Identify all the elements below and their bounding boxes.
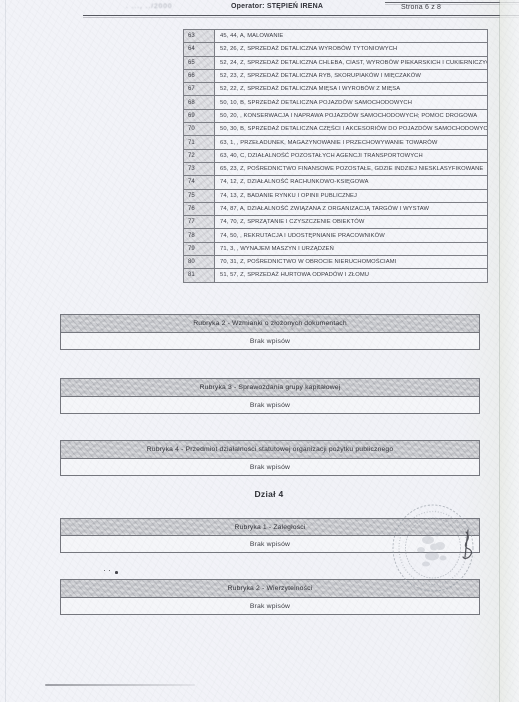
row-number: 75: [184, 189, 215, 202]
round-seal-stamp-icon: [388, 500, 480, 596]
row-number: 79: [184, 242, 215, 255]
scanned-document-page: . ..., ../2000 Operator: STĘPIEŃ IRENA S…: [0, 0, 519, 702]
section-body: Brak wpisów: [61, 598, 479, 614]
row-number: 71: [184, 136, 215, 149]
row-number: 78: [184, 229, 215, 242]
scan-smudge: [45, 684, 195, 686]
row-number: 74: [184, 176, 215, 189]
row-activity: 52, 26, Z, SPRZEDAŻ DETALICZNA WYROBÓW T…: [215, 43, 488, 56]
table-row: 6850, 10, B, SPRZEDAŻ DETALICZNA POJAZDÓ…: [184, 96, 488, 109]
section-body: Brak wpisów: [61, 459, 479, 475]
row-number: 72: [184, 149, 215, 162]
table-row: 6552, 24, Z, SPRZEDAŻ DETALICZNA CHLEBA,…: [184, 56, 488, 69]
row-activity: 71, 3, , WYNAJEM MASZYN I URZĄDZEŃ: [215, 242, 488, 255]
row-activity: 52, 24, Z, SPRZEDAŻ DETALICZNA CHLEBA, C…: [215, 56, 488, 69]
row-number: 73: [184, 162, 215, 175]
row-activity: 65, 23, Z, POŚREDNICTWO FINANSOWE POZOST…: [215, 162, 488, 175]
table-row: 7971, 3, , WYNAJEM MASZYN I URZĄDZEŃ: [184, 242, 488, 255]
header-page-number: Strona 6 z 8: [401, 4, 441, 11]
activity-codes-table: 6345, 44, A, MALOWANIE 6452, 26, Z, SPRZ…: [183, 29, 488, 283]
row-number: 63: [184, 30, 215, 43]
table-row: 6652, 23, Z, SPRZEDAŻ DETALICZNA RYB, SK…: [184, 69, 488, 82]
row-activity: 74, 70, Z, SPRZĄTANIE I CZYSZCZENIE OBIE…: [215, 216, 488, 229]
dzial-4-heading: Dział 4: [60, 489, 478, 499]
row-number: 81: [184, 269, 215, 282]
section-title: Rubryka 3 - Sprawozdania grupy kapitałow…: [61, 379, 479, 397]
row-activity: 74, 50, , REKRUTACJA I UDOSTĘPNIANIE PRA…: [215, 229, 488, 242]
table-row: 7263, 40, C, DZIAŁALNOŚĆ POZOSTAŁYCH AGE…: [184, 149, 488, 162]
table-row: 7774, 70, Z, SPRZĄTANIE I CZYSZCZENIE OB…: [184, 216, 488, 229]
row-activity: 74, 87, A, DZIAŁALNOŚĆ ZWIĄZANA Z ORGANI…: [215, 202, 488, 215]
row-activity: 70, 31, Z, POŚREDNICTWO W OBROCIE NIERUC…: [215, 256, 488, 269]
table-row: 7365, 23, Z, POŚREDNICTWO FINANSOWE POZO…: [184, 162, 488, 175]
table-row: 7874, 50, , REKRUTACJA I UDOSTĘPNIANIE P…: [184, 229, 488, 242]
row-number: 65: [184, 56, 215, 69]
row-number: 76: [184, 202, 215, 215]
section-rubryka-2: Rubryka 2 - Wzmianki o złożonych dokumen…: [60, 314, 480, 350]
table-row: 6452, 26, Z, SPRZEDAŻ DETALICZNA WYROBÓW…: [184, 43, 488, 56]
row-activity: 52, 23, Z, SPRZEDAŻ DETALICZNA RYB, SKOR…: [215, 69, 488, 82]
table-row: 8151, 57, Z, SPRZEDAŻ HURTOWA ODPADÓW I …: [184, 269, 488, 282]
row-activity: 63, 1, , PRZEŁADUNEK, MAGAZYNOWANIE I PR…: [215, 136, 488, 149]
row-activity: 45, 44, A, MALOWANIE: [215, 30, 488, 43]
page-edge-band: [500, 0, 519, 702]
row-number: 67: [184, 83, 215, 96]
row-activity: 51, 57, Z, SPRZEDAŻ HURTOWA ODPADÓW I ZŁ…: [215, 269, 488, 282]
page-fold-line: [5, 0, 6, 702]
row-number: 77: [184, 216, 215, 229]
table-row: 7574, 13, Z, BADANIE RYNKU I OPINII PUBL…: [184, 189, 488, 202]
row-number: 70: [184, 123, 215, 136]
row-number: 69: [184, 109, 215, 122]
header-operator-label: Operator: STĘPIEŃ IRENA: [231, 3, 323, 10]
table-row: 6950, 20, , KONSERWACJA I NAPRAWA POJAZD…: [184, 109, 488, 122]
table-row: 6345, 44, A, MALOWANIE: [184, 30, 488, 43]
row-number: 64: [184, 43, 215, 56]
table-row: 8070, 31, Z, POŚREDNICTWO W OBROCIE NIER…: [184, 256, 488, 269]
table-row: 7050, 30, B, SPRZEDAŻ DETALICZNA CZĘŚCI …: [184, 123, 488, 136]
row-activity: 50, 20, , KONSERWACJA I NAPRAWA POJAZDÓW…: [215, 109, 488, 122]
section-title: Rubryka 4 - Przedmiot działalności statu…: [61, 441, 479, 459]
section-rubryka-3: Rubryka 3 - Sprawozdania grupy kapitałow…: [60, 378, 480, 414]
section-title: Rubryka 2 - Wzmianki o złożonych dokumen…: [61, 315, 479, 333]
header-date-smudge: . ..., ../2000: [126, 3, 173, 10]
row-activity: 63, 40, C, DZIAŁALNOŚĆ POZOSTAŁYCH AGENC…: [215, 149, 488, 162]
section-body: Brak wpisów: [61, 397, 479, 413]
section-rubryka-4: Rubryka 4 - Przedmiot działalności statu…: [60, 440, 480, 476]
table-row: 7163, 1, , PRZEŁADUNEK, MAGAZYNOWANIE I …: [184, 136, 488, 149]
row-activity: 74, 13, Z, BADANIE RYNKU I OPINII PUBLIC…: [215, 189, 488, 202]
table-row: 6752, 22, Z, SPRZEDAŻ DETALICZNA MIĘSA I…: [184, 83, 488, 96]
row-number: 66: [184, 69, 215, 82]
table-row: 7674, 87, A, DZIAŁALNOŚĆ ZWIĄZANA Z ORGA…: [184, 202, 488, 215]
row-activity: 52, 22, Z, SPRZEDAŻ DETALICZNA MIĘSA I W…: [215, 83, 488, 96]
header-rule: [83, 15, 519, 16]
row-activity: 74, 12, Z, DZIAŁALNOŚĆ RACHUNKOWO-KSIĘGO…: [215, 176, 488, 189]
section-body: Brak wpisów: [61, 333, 479, 349]
row-number: 80: [184, 256, 215, 269]
row-activity: 50, 30, B, SPRZEDAŻ DETALICZNA CZĘŚCI I …: [215, 123, 488, 136]
table-row: 7474, 12, Z, DZIAŁALNOŚĆ RACHUNKOWO-KSIĘ…: [184, 176, 488, 189]
row-number: 68: [184, 96, 215, 109]
row-activity: 50, 10, B, SPRZEDAŻ DETALICZNA POJAZDÓW …: [215, 96, 488, 109]
